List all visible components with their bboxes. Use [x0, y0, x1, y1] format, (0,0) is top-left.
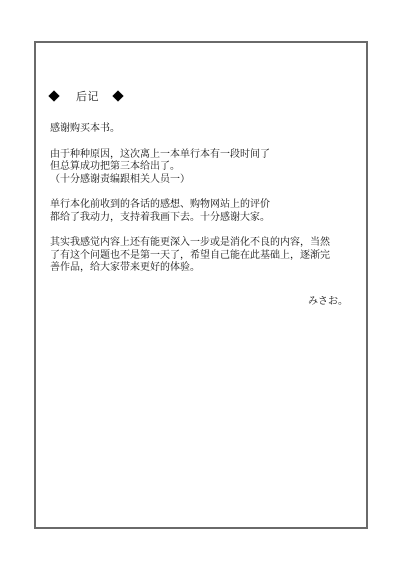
afterword-heading: 后记 [50, 89, 122, 103]
paragraph-release: 由于种种原因，这次离上一本单行本有一段时间了 但总算成功把第三本给出了。 （十分… [50, 149, 360, 187]
paragraph-thanks: 感谢购买本书。 [50, 123, 360, 136]
author-signature: みさお。 [308, 296, 348, 308]
text-line: 其实我感觉内容上还有能更深入一步或是消化不良的内容，当然 [50, 237, 360, 250]
text-line: （十分感谢责编跟相关人员一） [50, 174, 360, 187]
diamond-icon [112, 90, 123, 101]
text-line: 了有这个问题也不是第一天了，希望自己能在此基础上，逐渐完 [50, 250, 360, 263]
text-line: 单行本化前收到的各话的感想、购物网站上的评价 [50, 199, 360, 212]
heading-title: 后记 [76, 88, 99, 104]
diamond-icon [48, 90, 59, 101]
page-frame: 后记 感谢购买本书。 由于种种原因，这次离上一本单行本有一段时间了 但总算成功把… [34, 41, 368, 529]
text-line: 由于种种原因，这次离上一本单行本有一段时间了 [50, 149, 360, 162]
text-line: 善作品，给大家带来更好的体验。 [50, 262, 360, 275]
paragraph-support: 单行本化前收到的各话的感想、购物网站上的评价 都给了我动力，支持着我画下去。十分… [50, 199, 360, 224]
paragraph-reflection: 其实我感觉内容上还有能更深入一步或是消化不良的内容，当然 了有这个问题也不是第一… [50, 237, 360, 275]
text-line: 感谢购买本书。 [50, 123, 360, 136]
text-line: 但总算成功把第三本给出了。 [50, 161, 360, 174]
afterword-body: 感谢购买本书。 由于种种原因，这次离上一本单行本有一段时间了 但总算成功把第三本… [50, 123, 360, 288]
text-line: 都给了我动力，支持着我画下去。十分感谢大家。 [50, 212, 360, 225]
